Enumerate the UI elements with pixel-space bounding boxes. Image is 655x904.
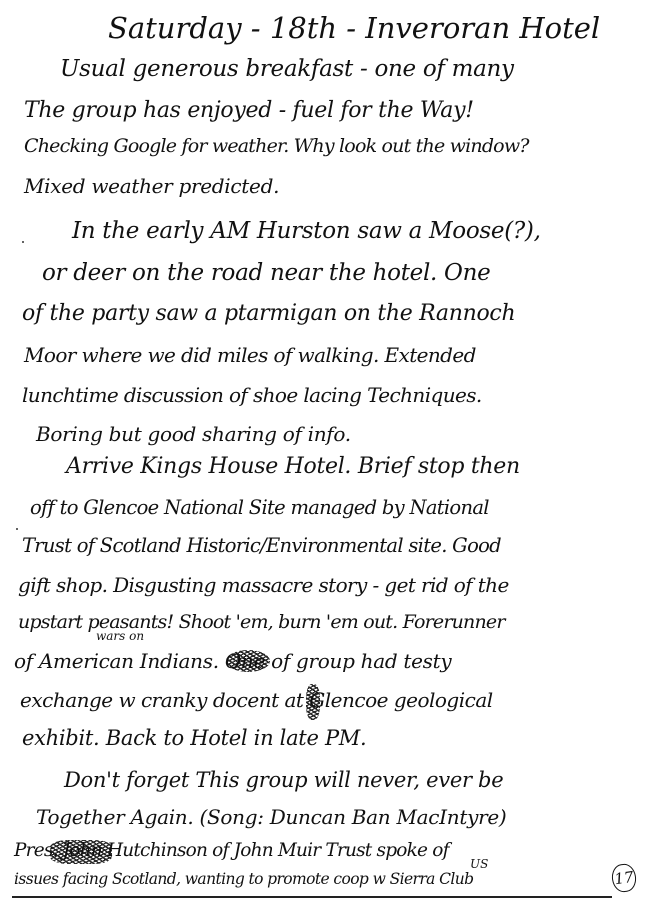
journal-line: Don't forget This group will never, ever…	[64, 770, 503, 791]
journal-line: Arrive Kings House Hotel. Brief stop the…	[66, 456, 520, 478]
journal-line: gift shop. Disgusting massacre story - g…	[18, 575, 509, 595]
journal-line: or deer on the road near the hotel. One	[42, 262, 490, 285]
journal-page: Saturday - 18th - Inveroran Hotel Usual …	[0, 0, 655, 904]
page-title: Saturday - 18th - Inveroran Hotel	[108, 14, 600, 43]
page-number: 17	[610, 862, 638, 893]
journal-line: off to Glencoe National Site managed by …	[30, 498, 489, 518]
journal-line: Trust of Scotland Historic/Environmental…	[22, 536, 501, 556]
journal-line: Checking Google for weather. Why look ou…	[24, 137, 529, 156]
journal-line: The group has enjoyed - fuel for the Way…	[24, 100, 474, 122]
insertion-note: US	[470, 858, 488, 870]
journal-line: lunchtime discussion of shoe lacing Tech…	[22, 385, 482, 405]
crossed-out-scribble	[226, 650, 270, 672]
journal-line: Boring but good sharing of info.	[36, 424, 351, 444]
journal-line: upstart peasants! Shoot 'em, burn 'em ou…	[18, 613, 505, 632]
journal-line: Mixed weather predicted.	[24, 176, 279, 196]
stray-mark	[22, 241, 24, 243]
insertion-note: wars on	[96, 630, 144, 642]
journal-line: Moor where we did miles of walking. Exte…	[24, 345, 476, 365]
journal-line: of the party saw a ptarmigan on the Rann…	[22, 303, 515, 325]
journal-line: issues facing Scotland, wanting to promo…	[14, 872, 473, 888]
journal-line: exchange w cranky docent at Glencoe geol…	[20, 690, 493, 710]
journal-line: Usual generous breakfast - one of many	[60, 58, 514, 81]
journal-line: In the early AM Hurston saw a Moose(?),	[72, 220, 541, 243]
bottom-rule	[12, 896, 612, 898]
stray-mark	[16, 528, 18, 530]
journal-line: Pres. John Hutchinson of John Muir Trust…	[14, 842, 449, 861]
journal-line: Together Again. (Song: Duncan Ban MacInt…	[36, 807, 506, 827]
journal-line: exhibit. Back to Hotel in late PM.	[22, 728, 366, 749]
crossed-out-scribble	[306, 684, 320, 720]
